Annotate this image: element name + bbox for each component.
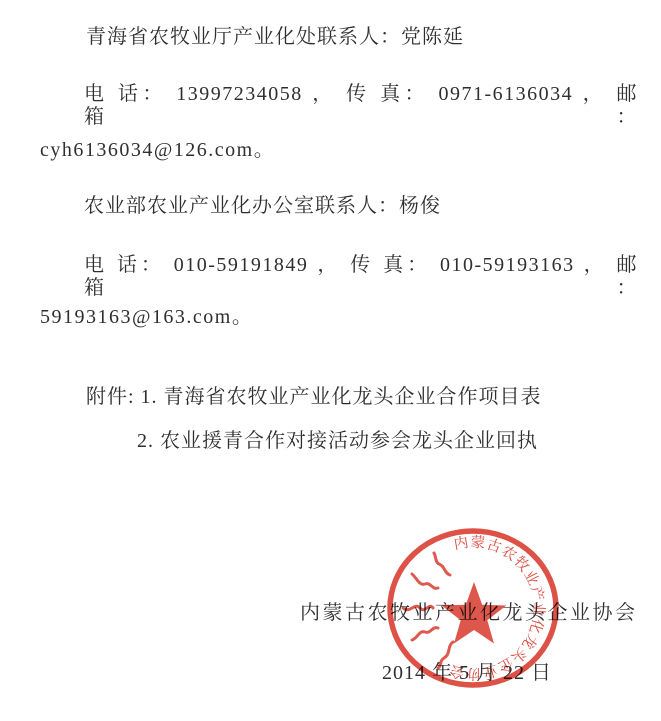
signature-organization: 内蒙古农牧业产业化龙头企业协会: [300, 602, 638, 625]
document-page: 青海省农牧业厅产业化处联系人：党陈延 电 话： 13997234058 ， 传 …: [0, 0, 661, 721]
signature-date: 2014 年 5 月 22 日: [382, 662, 552, 685]
qinghai-phone-fax-line: 电 话： 13997234058 ， 传 真： 0971-6136034 ， 邮…: [84, 83, 638, 129]
qinghai-email-line: cyh6136034@126.com。: [40, 139, 275, 162]
attachment-item-2: 2. 农业援青合作对接活动参会龙头企业回执: [137, 430, 538, 453]
moa-contact-line: 农业部农业产业化办公室联系人：杨俊: [84, 195, 441, 218]
moa-phone-fax-line: 电 话： 010-59191849 ， 传 真： 010-59193163 ， …: [84, 254, 638, 300]
attachment-item-1: 附件: 1. 青海省农牧业产业化龙头企业合作项目表: [86, 386, 542, 409]
qinghai-contact-line: 青海省农牧业厅产业化处联系人：党陈延: [86, 26, 464, 49]
moa-email-line: 59193163@163.com。: [40, 306, 253, 329]
